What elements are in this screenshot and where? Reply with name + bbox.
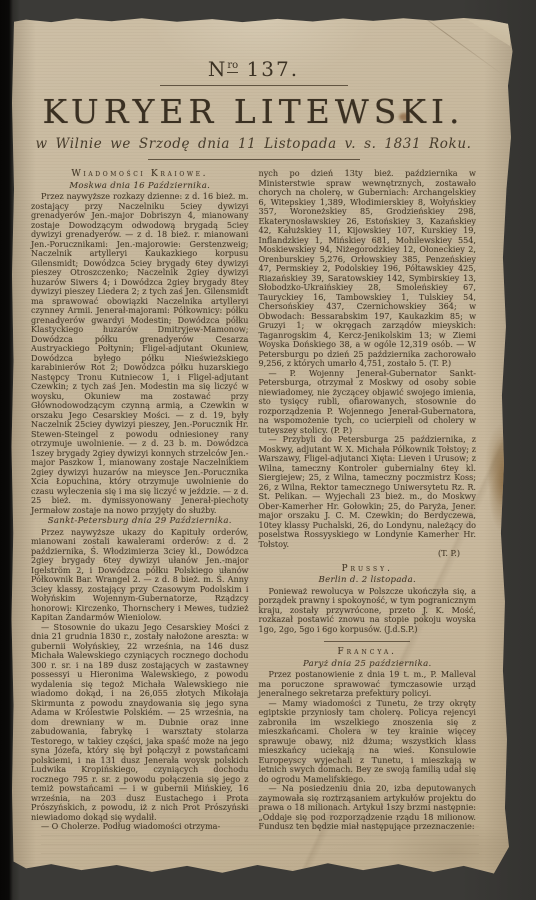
scanned-newspaper-screenshot: { "colors": { "background": "#3b3a37", "… [0, 0, 536, 900]
left-column: Wiadomości Kraiowe. Moskwa dnia 16 Paźdz… [31, 169, 249, 832]
source-attribution: (T. P.) [259, 549, 477, 559]
article-dateline: Paryż dnia 25 października. [259, 660, 477, 670]
paragraph: nych po dzień 13ty bież. października w … [259, 169, 477, 369]
printed-area: Nro 137. KURYER LITEWSKI. w Wilnie we Sr… [31, 57, 476, 867]
paragraph: Przez naywyższe ukazy do Kapituły orderó… [31, 528, 249, 623]
paragraph: — O Cholerze. Podług wiadomości otrzyma- [31, 822, 249, 832]
paragraph: — P. Wojenny Jenerał-Gubernator Sankt-Pe… [259, 369, 477, 436]
article-dateline: Sankt-Petersburg dnia 29 Października. [31, 517, 249, 527]
paragraph: — Na posiedzeniu dnia 20, izba deputowan… [259, 784, 477, 832]
issue-superscript: ro [227, 60, 238, 73]
masthead: Nro 137. KURYER LITEWSKI. w Wilnie we Sr… [31, 57, 476, 160]
section-heading: Wiadomości Kraiowe. [31, 169, 249, 179]
section-heading: Prussy. [259, 565, 477, 575]
masthead-rule-bottom [148, 159, 360, 160]
masthead-rule-top [160, 85, 348, 86]
publication-dateline: w Wilnie we Srzodę dnia 11 Listopada v. … [31, 136, 476, 152]
paragraph: Przez postanowienie z dnia 19 t. m., P. … [259, 670, 477, 699]
newspaper-page: Nro 137. KURYER LITEWSKI. w Wilnie we Sr… [11, 17, 514, 877]
section-heading: Francya. [259, 648, 477, 658]
paragraph: Ponieważ rewolucya w Polszcze ukończyła … [259, 587, 477, 635]
newspaper-title: KURYER LITEWSKI. [31, 92, 476, 131]
paragraph: — Mamy wiadomości z Tunetu, że trzy okrę… [259, 699, 477, 785]
paragraph: — Stosownie do ukazu Jego Cesarskiey Moś… [31, 623, 249, 823]
paragraph: Przez naywyższe rozkazy dzienne: z d. 16… [31, 192, 249, 515]
article-dateline: Moskwa dnia 16 Października. [31, 182, 249, 192]
right-column: nych po dzień 13ty bież. października w … [259, 169, 477, 832]
article-columns: Wiadomości Kraiowe. Moskwa dnia 16 Paźdz… [31, 169, 476, 832]
paper-stain [488, 435, 518, 533]
issue-number: Nro 137. [31, 57, 476, 81]
paragraph: — Przybyli do Petersburga 25 październik… [259, 435, 477, 549]
section-divider-rule [324, 641, 410, 642]
corner-fold [468, 20, 510, 46]
article-dateline: Berlin d. 2 listopada. [259, 576, 477, 586]
